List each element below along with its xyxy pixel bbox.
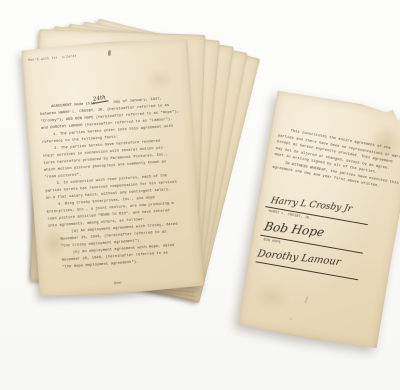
- page-number: -6-: [288, 317, 293, 322]
- staple-hole-mark: [108, 50, 111, 56]
- stain-spot: [143, 68, 174, 92]
- pencil-notation: 1: [302, 295, 310, 305]
- paper-sheet: Rec'd with ltr. 1/24/47 AGREEMENT made t…: [21, 37, 204, 300]
- agreement-body-text: AGREEMENT made this day of January, 1947…: [39, 95, 194, 273]
- page-footer-word: Over: [114, 282, 122, 287]
- typed-annotation: Rec'd with ltr. 1/24/47: [28, 54, 77, 62]
- paper-sheet: This constitutes the entire agreement of…: [236, 89, 400, 350]
- closing-clause-text: This constitutes the entire agreement of…: [272, 126, 400, 194]
- agreement-first-page: Rec'd with ltr. 1/24/47 AGREEMENT made t…: [21, 37, 204, 300]
- agreement-signature-page: This constitutes the entire agreement of…: [236, 89, 400, 350]
- document-photo: Rec'd with ltr. 1/24/47 AGREEMENT made t…: [0, 0, 400, 390]
